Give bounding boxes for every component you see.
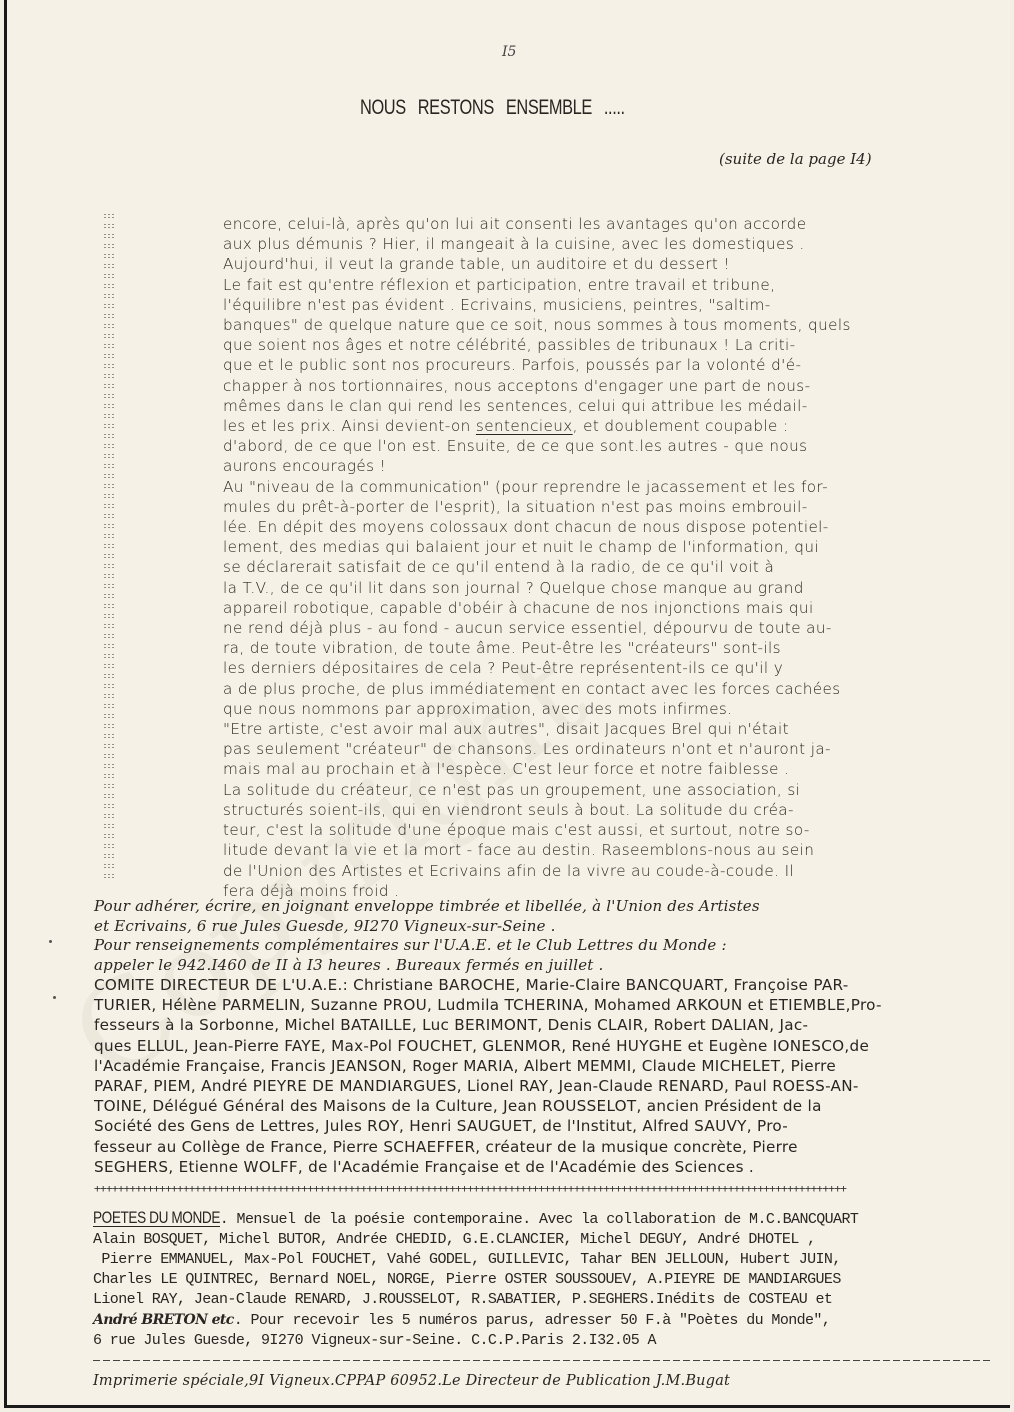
body-line: La solitude du créateur, ce n'est pas un… [223,780,1003,800]
body-line: chapper à nos tortionnaires, nous accept… [223,376,1003,396]
membership-info: Pour adhérer, écrire, en joignant envelo… [94,897,994,975]
comite-line: SEGHERS, Etienne WOLFF, de l'Académie Fr… [94,1157,1004,1177]
body-line: banques" de quelque nature que ce soit, … [223,315,1003,335]
dashed-separator [93,1360,991,1361]
plus-separator: ++++++++++++++++++++++++++++++++++++++++… [94,1182,994,1195]
continuation-note: (suite de la page I4) [719,150,872,168]
body-line: Aujourd'hui, il veut la grande table, un… [223,254,1003,274]
poetes-line: 6 rue Jules Guesde, 9I270 Vigneux-sur-Se… [93,1331,1014,1351]
body-line: Le fait est qu'entre réflexion et partic… [223,275,1003,295]
poetes-line: Charles LE QUINTREC, Bernard NOEL, NORGE… [93,1270,1014,1290]
steering-committee: COMITE DIRECTEUR DE L'U.A.E.: Christiane… [94,975,1004,1177]
body-line: teur, c'est la solitude d'une époque mai… [223,820,1003,840]
speck-mark [53,996,56,999]
publication-footer: Imprimerie spéciale,9I Vigneux.CPPAP 609… [93,1373,730,1389]
poetes-line: POETES DU MONDE. Mensuel de la poésie co… [93,1208,1014,1230]
info-line: Pour renseignements complémentaires sur … [94,936,994,956]
info-line: Pour adhérer, écrire, en joignant envelo… [94,897,994,917]
body-line: que et le public sont nos procureurs. Pa… [223,355,1003,375]
body-line: "Etre artiste, c'est avoir mal aux autre… [223,719,1003,739]
speck-mark [49,940,52,943]
comite-line: TURIER, Hélène PARMELIN, Suzanne PROU, L… [94,995,1004,1015]
body-line: que nous nommons par approximation, avec… [223,699,1003,719]
body-line: ne rend déjà plus - au fond - aucun serv… [223,618,1003,638]
comite-line: fesseur au Collège de France, Pierre SCH… [94,1137,1004,1157]
comite-line: COMITE DIRECTEUR DE L'U.A.E.: Christiane… [94,975,1004,995]
body-line: mais mal au prochain et à l'espèce. C'es… [223,759,1003,779]
body-line: lée. En dépit des moyens colossaux dont … [223,517,1003,537]
body-line: Au "niveau de la communication" (pour re… [223,477,1003,497]
document-page: Copyright I5 NOUS RESTONS ENSEMBLE .....… [4,0,1010,1408]
body-line: encore, celui-là, après qu'on lui ait co… [223,214,1003,234]
poetes-line: Lionel RAY, Jean-Claude RENARD, J.ROUSSE… [93,1290,1014,1310]
poetes-line: André BRETON etc. Pour recevoir les 5 nu… [93,1310,1014,1331]
body-line: appareil robotique, capable d'obéir à ch… [223,598,1003,618]
comite-line: fesseurs à la Sorbonne, Michel BATAILLE,… [94,1015,1004,1035]
breton-credit: André BRETON etc [93,1312,234,1328]
body-line: aux plus démunis ? Hier, il mangeait à l… [223,234,1003,254]
comite-line: PARAF, PIEM, André PIEYRE DE MANDIARGUES… [94,1076,1004,1096]
body-line: les derniers dépositaires de cela ? Peut… [223,658,1003,678]
page-number: I5 [502,44,516,60]
info-line: appeler le 942.I460 de II à I3 heures . … [94,956,994,976]
comite-line: l'Académie Française, Francis JEANSON, R… [94,1056,1004,1076]
info-line: et Ecrivains, 6 rue Jules Guesde, 9I270 … [94,917,994,937]
body-line: pas seulement "créateur" de chansons. Le… [223,739,1003,759]
article-title: NOUS RESTONS ENSEMBLE ..... [360,96,625,120]
poetes-du-monde-notice: POETES DU MONDE. Mensuel de la poésie co… [93,1208,1014,1351]
body-line: les et les prix. Ainsi devient-on senten… [223,416,1003,436]
body-line: structurés soient-ils, qui en viendront … [223,800,1003,820]
body-line: a de plus proche, de plus immédiatement … [223,679,1003,699]
body-line: se déclarerait satisfait de ce qu'il ent… [223,557,1003,577]
body-line: de l'Union des Artistes et Ecrivains afi… [223,861,1003,881]
poetes-line: Pierre EMMANUEL, Max-Pol FOUCHET, Vahé G… [93,1250,1014,1270]
article-body: encore, celui-là, après qu'on lui ait co… [223,214,1003,901]
comite-line: ques ELLUL, Jean-Pierre FAYE, Max-Pol FO… [94,1036,1004,1056]
poetes-heading: POETES DU MONDE [93,1208,220,1228]
body-line: litude devant la vie et la mort - face a… [223,840,1003,860]
body-line: l'équilibre n'est pas évident . Ecrivain… [223,295,1003,315]
body-line: que soient nos âges et notre célébrité, … [223,335,1003,355]
body-line: d'abord, de ce que l'on est. Ensuite, de… [223,436,1003,456]
body-line: aurons encouragés ! [223,456,1003,476]
body-line: mules du prêt-à-porter de l'esprit), la … [223,497,1003,517]
body-line: lement, des medias qui balaient jour et … [223,537,1003,557]
body-line: ra, de toute vibration, de toute âme. Pe… [223,638,1003,658]
poetes-line: Alain BOSQUET, Michel BUTOR, Andrée CHED… [93,1230,1014,1250]
comite-line: Société des Gens de Lettres, Jules ROY, … [94,1116,1004,1136]
body-line: mêmes dans le clan qui rend les sentence… [223,396,1003,416]
body-line: la T.V., de ce qu'il lit dans son journa… [223,578,1003,598]
margin-marks-decoration [104,214,114,884]
comite-line: TOINE, Délégué Général des Maisons de la… [94,1096,1004,1116]
underlined-word: sentencieux [476,417,573,435]
